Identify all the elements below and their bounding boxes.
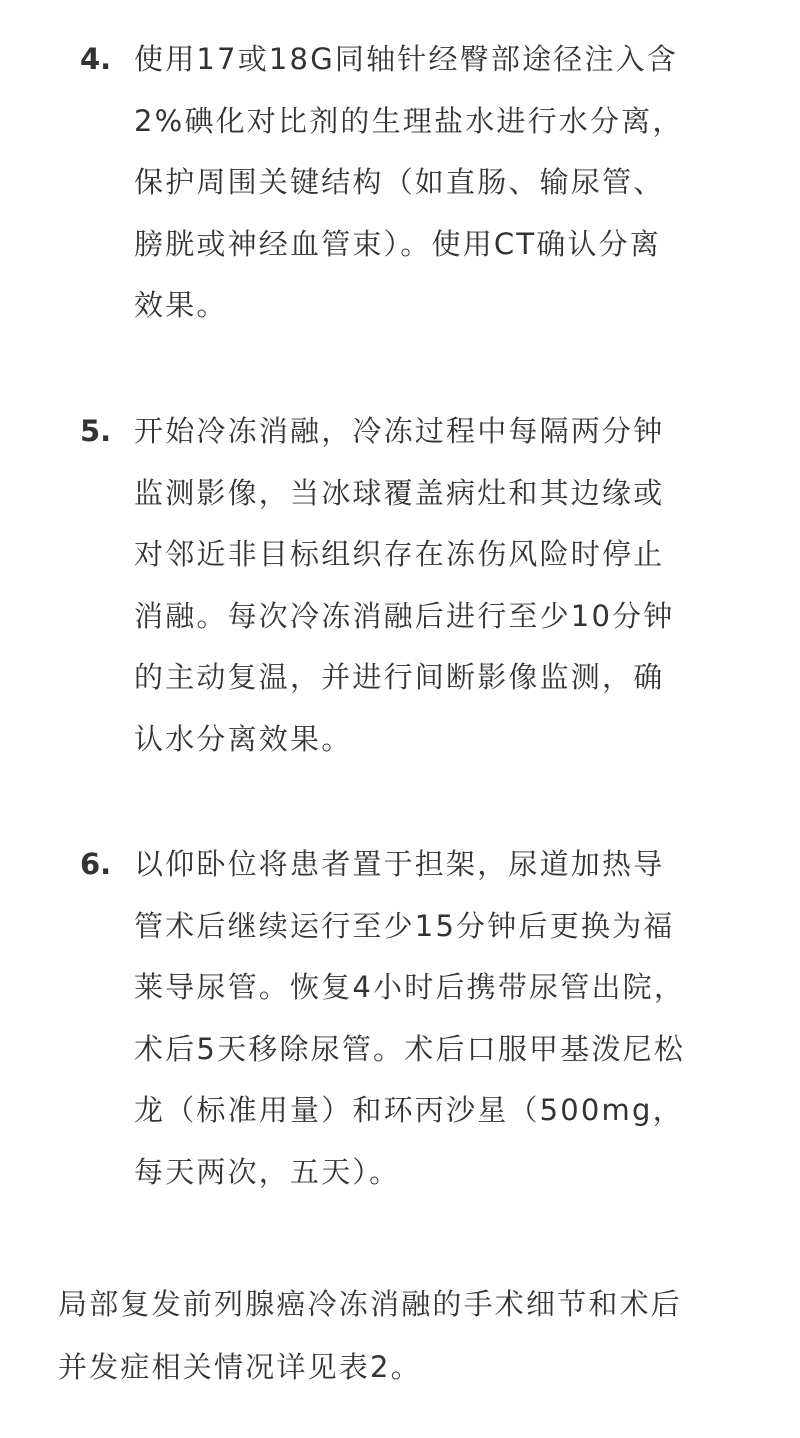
text-line: 效果。 bbox=[134, 275, 740, 337]
text-line: 2%碘化对比剂的生理盐水进行水分离， bbox=[134, 91, 740, 153]
list-number: 6. bbox=[80, 834, 134, 895]
text-line: 开始冷冻消融，冷冻过程中每隔两分钟 bbox=[134, 401, 740, 463]
list-item-5: 5. 开始冷冻消融，冷冻过程中每隔两分钟 监测影像，当冰球覆盖病灶和其边缘或 对… bbox=[80, 401, 740, 770]
text-line: 并发症相关情况详见表2。 bbox=[58, 1336, 748, 1399]
list-number: 5. bbox=[80, 401, 134, 462]
text-line: 认水分离效果。 bbox=[134, 709, 740, 771]
list-item-text: 使用17或18G同轴针经臀部途径注入含 2%碘化对比剂的生理盐水进行水分离， 保… bbox=[134, 29, 740, 337]
text-line: 保护周围关键结构（如直肠、输尿管、 bbox=[134, 152, 740, 214]
list-item-6: 6. 以仰卧位将患者置于担架，尿道加热导 管术后继续运行至少15分钟后更换为福 … bbox=[80, 834, 740, 1203]
text-line: 管术后继续运行至少15分钟后更换为福 bbox=[134, 896, 740, 958]
list-number: 4. bbox=[80, 29, 134, 90]
text-line: 的主动复温，并进行间断影像监测，确 bbox=[134, 647, 740, 709]
text-line: 对邻近非目标组织存在冻伤风险时停止 bbox=[134, 524, 740, 586]
text-line: 术后5天移除尿管。术后口服甲基泼尼松 bbox=[134, 1019, 740, 1081]
text-line: 莱导尿管。恢复4小时后携带尿管出院， bbox=[134, 957, 740, 1019]
text-line: 以仰卧位将患者置于担架，尿道加热导 bbox=[134, 834, 740, 896]
text-line: 膀胱或神经血管束）。使用CT确认分离 bbox=[134, 214, 740, 276]
closing-paragraph: 局部复发前列腺癌冷冻消融的手术细节和术后 并发症相关情况详见表2。 bbox=[58, 1273, 748, 1399]
text-line: 监测影像，当冰球覆盖病灶和其边缘或 bbox=[134, 463, 740, 525]
text-line: 龙（标准用量）和环丙沙星（500mg， bbox=[134, 1080, 740, 1142]
list-item-4: 4. 使用17或18G同轴针经臀部途径注入含 2%碘化对比剂的生理盐水进行水分离… bbox=[80, 29, 740, 337]
text-line: 局部复发前列腺癌冷冻消融的手术细节和术后 bbox=[58, 1273, 748, 1336]
text-line: 使用17或18G同轴针经臀部途径注入含 bbox=[134, 29, 740, 91]
text-line: 消融。每次冷冻消融后进行至少10分钟 bbox=[134, 586, 740, 648]
document-page: 4. 使用17或18G同轴针经臀部途径注入含 2%碘化对比剂的生理盐水进行水分离… bbox=[0, 0, 800, 1438]
text-line: 每天两次，五天）。 bbox=[134, 1142, 740, 1204]
list-item-text: 开始冷冻消融，冷冻过程中每隔两分钟 监测影像，当冰球覆盖病灶和其边缘或 对邻近非… bbox=[134, 401, 740, 770]
list-item-text: 以仰卧位将患者置于担架，尿道加热导 管术后继续运行至少15分钟后更换为福 莱导尿… bbox=[134, 834, 740, 1203]
